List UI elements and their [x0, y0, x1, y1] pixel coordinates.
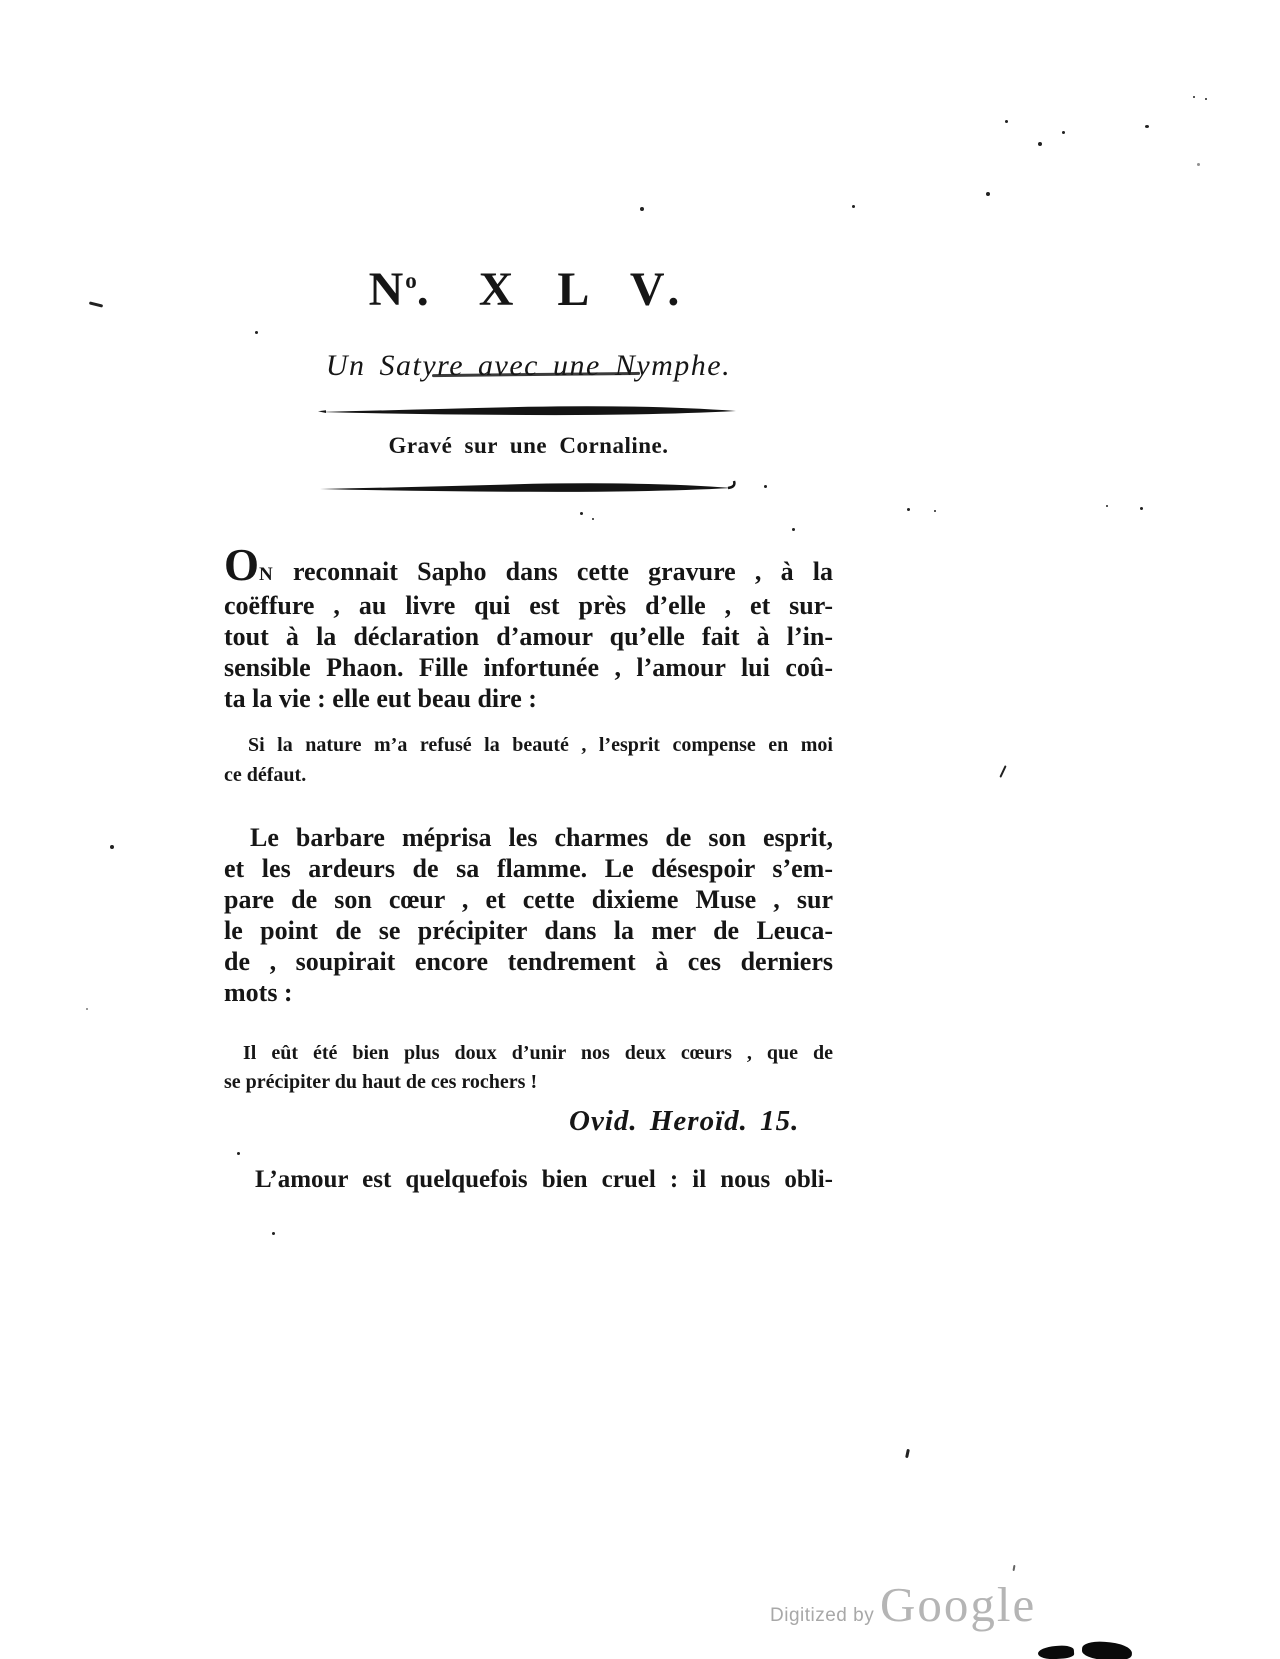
scanned-book-page: No.X L V. Un Satyre avec une Nymphe. Gra… — [0, 0, 1280, 1659]
verse-quote-2: Il eût été bien plus doux d’unir nos deu… — [224, 1039, 833, 1097]
scan-speck — [999, 765, 1006, 778]
google-watermark: Digitized by Google — [770, 1580, 1036, 1642]
scan-speck — [1193, 96, 1195, 98]
scan-speck — [1038, 142, 1042, 146]
scan-speck — [764, 485, 767, 488]
scan-speck — [1145, 125, 1149, 128]
digitized-by-label: Digitized by — [770, 1605, 880, 1626]
ink-blot — [1082, 1641, 1133, 1659]
scan-speck — [272, 1232, 275, 1235]
scan-speck — [1205, 98, 1207, 100]
paragraph-3: L’amour est quelquefois bien cruel : il … — [224, 1164, 833, 1195]
scan-speck — [580, 512, 583, 515]
verse-quote-1: Si la nature m’a refusé la beauté , l’es… — [224, 730, 833, 790]
text-line: Le barbare méprisa les charmes de son es… — [224, 822, 833, 853]
text-line: ce défaut. — [224, 760, 833, 790]
ink-blot — [1038, 1645, 1075, 1659]
text-line: se précipiter du haut de ces rochers ! — [224, 1068, 833, 1097]
scan-speck — [237, 1152, 240, 1155]
text-line: ta la vie : elle eut beau dire : — [224, 683, 833, 714]
paragraph-2: Le barbare méprisa les charmes de son es… — [224, 822, 833, 1008]
scan-speck — [907, 508, 910, 511]
text-line: Il eût été bien plus doux d’unir nos deu… — [224, 1039, 833, 1068]
plate-subtitle: Un Satyre avec une Nymphe. — [224, 348, 833, 384]
text-line: de , soupirait encore tendrement à ces d… — [224, 946, 833, 977]
text-line: et les ardeurs de sa flamme. Le désespoi… — [224, 853, 833, 884]
citation: Ovid. Heroïd. 15. — [224, 1104, 833, 1138]
scan-speck — [1012, 1565, 1015, 1571]
swelled-rule-top — [318, 403, 738, 419]
google-logo: Google — [880, 1577, 1036, 1632]
drop-cap-initial: O — [224, 540, 259, 590]
paragraph-1: ON reconnait Sapho dans cette gravure , … — [224, 550, 833, 714]
scan-speck — [255, 331, 258, 334]
scan-speck — [1106, 505, 1108, 507]
swelled-rule-bottom — [318, 480, 738, 496]
text-line: L’amour est quelquefois bien cruel : il … — [224, 1164, 833, 1195]
scan-speck — [1197, 163, 1200, 166]
scan-speck — [89, 301, 103, 307]
text-line: sensible Phaon. Fille infortunée , l’amo… — [224, 652, 833, 683]
scan-speck — [852, 205, 855, 208]
text-line: Si la nature m’a refusé la beauté , l’es… — [224, 730, 833, 760]
plate-number-roman: X L V. — [479, 263, 689, 316]
scan-speck — [1062, 131, 1065, 134]
text-line: ON reconnait Sapho dans cette gravure , … — [224, 550, 833, 590]
engraving-caption: Gravé sur une Cornaline. — [224, 432, 833, 460]
text-line: coëffure , au livre qui est près d’elle … — [224, 590, 833, 621]
scan-speck — [592, 518, 594, 520]
scan-speck — [905, 1449, 910, 1458]
scan-speck — [86, 1008, 88, 1010]
text-line: mots : — [224, 977, 833, 1008]
plate-number-abbr: No. — [369, 263, 431, 316]
text-line: le point de se précipiter dans la mer de… — [224, 915, 833, 946]
small-cap-initial: N — [259, 564, 274, 585]
text-line-rest: reconnait Sapho dans cette gravure , à l… — [274, 557, 833, 586]
plate-number: No.X L V. — [224, 255, 833, 316]
scan-speck — [110, 845, 114, 849]
scan-speck — [1140, 507, 1143, 510]
text-line: tout à la déclaration d’amour qu’elle fa… — [224, 621, 833, 652]
scan-speck — [934, 510, 936, 512]
scan-speck — [640, 207, 644, 211]
scan-speck — [986, 192, 990, 196]
scan-speck — [1005, 120, 1008, 123]
text-line: pare de son cœur , et cette dixieme Muse… — [224, 884, 833, 915]
scan-speck — [792, 528, 795, 531]
